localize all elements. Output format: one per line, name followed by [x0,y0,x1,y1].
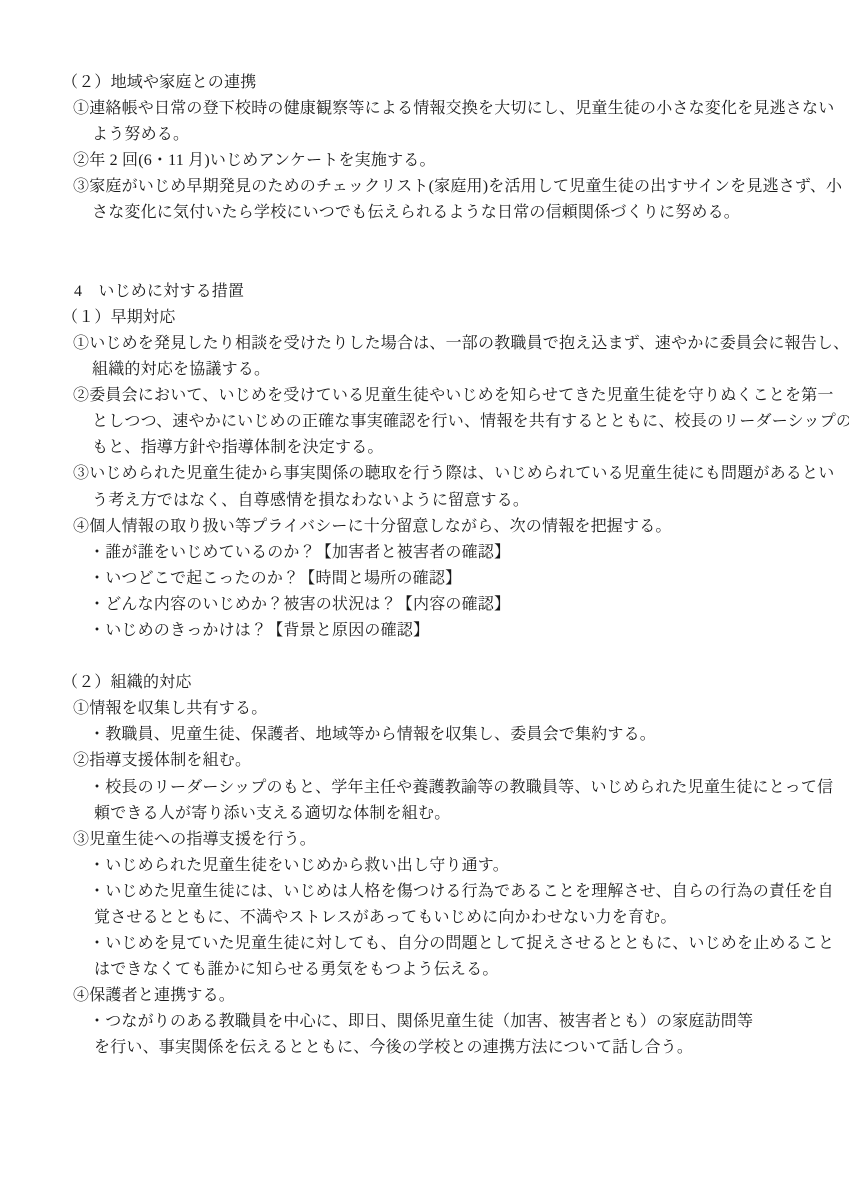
blank-line [0,227,849,253]
bullet-item: ・いつどこで起こったのか？【時間と場所の確認】 [0,566,849,592]
numbered-item: ③いじめられた児童生徒から事実関係の聴取を行う際は、いじめられている児童生徒にも… [0,461,849,487]
bullet-item-continuation: 覚させるとともに、不満やストレスがあってもいじめに向かわせない力を育む。 [0,905,849,931]
section-heading: （２）組織的対応 [0,670,849,696]
blank-line [0,644,849,670]
numbered-item: ①情報を収集し共有する。 [0,696,849,722]
bullet-item-continuation: はできなくても誰かに知らせる勇気をもつよう伝える。 [0,957,849,983]
bullet-item-continuation: を行い、事実関係を伝えるとともに、今後の学校との連携方法について話し合う。 [0,1035,849,1061]
numbered-item-continuation: もと、指導方針や指導体制を決定する。 [0,435,849,461]
numbered-item-continuation: さな変化に気付いたら学校にいつでも伝えられるような日常の信頼関係づくりに努める。 [0,200,849,226]
numbered-item: ④個人情報の取り扱い等プライバシーに十分留意しながら、次の情報を把握する。 [0,514,849,540]
numbered-item-continuation: としつつ、速やかにいじめの正確な事実確認を行い、情報を共有するとともに、校長のリ… [0,409,849,435]
section-heading: （１）早期対応 [0,305,849,331]
bullet-item: ・誰が誰をいじめているのか？【加害者と被害者の確認】 [0,540,849,566]
bullet-item: ・校長のリーダーシップのもと、学年主任や養護教諭等の教職員等、いじめられた児童生… [0,775,849,801]
bullet-item-continuation: 頼できる人が寄り添い支える適切な体制を組む。 [0,801,849,827]
numbered-item: ②年 2 回(6・11 月)いじめアンケートを実施する。 [0,148,849,174]
numbered-item: ②委員会において、いじめを受けている児童生徒やいじめを知らせてきた児童生徒を守り… [0,383,849,409]
bullet-item: ・いじめた児童生徒には、いじめは人格を傷つける行為であることを理解させ、自らの行… [0,879,849,905]
chapter-heading: 4 いじめに対する措置 [0,279,849,305]
numbered-item: ①連絡帳や日常の登下校時の健康観察等による情報交換を大切にし、児童生徒の小さな変… [0,96,849,122]
bullet-item: ・つながりのある教職員を中心に、即日、関係児童生徒（加害、被害者とも）の家庭訪問… [0,1009,849,1035]
numbered-item: ④保護者と連携する。 [0,983,849,1009]
numbered-item-continuation: よう努める。 [0,122,849,148]
numbered-item: ②指導支援体制を組む。 [0,748,849,774]
numbered-item: ③児童生徒への指導支援を行う。 [0,827,849,853]
blank-line [0,253,849,279]
bullet-item: ・どんな内容のいじめか？被害の状況は？【内容の確認】 [0,592,849,618]
section-heading: （２）地域や家庭との連携 [0,70,849,96]
document-page: （２）地域や家庭との連携①連絡帳や日常の登下校時の健康観察等による情報交換を大切… [0,0,849,1200]
bullet-item: ・いじめを見ていた児童生徒に対しても、自分の問題として捉えさせるとともに、いじめ… [0,931,849,957]
bullet-item: ・教職員、児童生徒、保護者、地域等から情報を収集し、委員会で集約する。 [0,722,849,748]
document-body: （２）地域や家庭との連携①連絡帳や日常の登下校時の健康観察等による情報交換を大切… [0,70,849,1062]
bullet-item: ・いじめられた児童生徒をいじめから救い出し守り通す。 [0,853,849,879]
numbered-item: ①いじめを発見したり相談を受けたりした場合は、一部の教職員で抱え込まず、速やかに… [0,331,849,357]
numbered-item-continuation: 組織的対応を協議する。 [0,357,849,383]
numbered-item-continuation: う考え方ではなく、自尊感情を損なわないように留意する。 [0,488,849,514]
numbered-item: ③家庭がいじめ早期発見のためのチェックリスト(家庭用)を活用して児童生徒の出すサ… [0,174,849,200]
bullet-item: ・いじめのきっかけは？【背景と原因の確認】 [0,618,849,644]
